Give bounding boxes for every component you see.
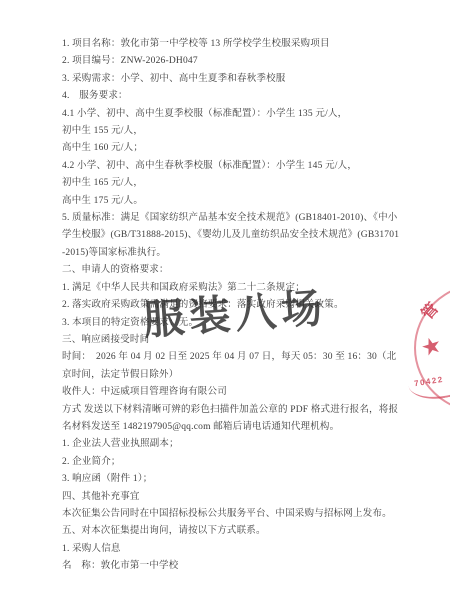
doc-line: 5. 质量标准：满足《国家纺织产品基本安全技术规范》(GB18401-2010)… <box>62 210 402 262</box>
star-icon: ★ <box>418 332 445 360</box>
doc-line: 方式 发送以下材料清晰可辨的彩色扫描件加盖公章的 PDF 格式进行报名，将报名材… <box>62 402 402 437</box>
seal-ring <box>414 283 450 413</box>
doc-line: 3. 采购需求：小学、初中、高中生夏季和春秋季校服 <box>62 71 402 88</box>
doc-line: 时间： 2026 年 04 月 02 日至 2025 年 04 月 07 日，每… <box>62 349 402 384</box>
document-body: 1. 项目名称：敦化市第一中学校等 13 所学校学生校服采购项目 2. 项目编号… <box>62 36 402 576</box>
doc-line: 名 称：敦化市第一中学校 <box>62 558 402 575</box>
doc-line: 1. 企业法人营业执照副本； <box>62 436 402 453</box>
doc-line: 本次征集公告同时在中国招标投标公共服务平台、中国采购与招标网上发布。 <box>62 506 402 523</box>
doc-line: 收件人：中远威项目管理咨询有限公司 <box>62 384 402 401</box>
doc-section-heading: 三、响应函接受时间 <box>62 332 402 349</box>
seal-number: 70422 <box>413 375 444 389</box>
doc-line: 3. 本项目的特定资格要求：无。 <box>62 315 402 332</box>
doc-line: 1. 满足《中华人民共和国政府采购法》第二十二条规定； <box>62 280 402 297</box>
doc-line: 4.1 小学、初中、高中生夏季校服（标准配置）：小学生 135 元/人， <box>62 106 402 123</box>
doc-line: 4. 服务要求： <box>62 88 402 105</box>
doc-section-heading: 四、其他补充事宜 <box>62 489 402 506</box>
seal-arc <box>405 356 450 404</box>
doc-line: 4.2 小学、初中、高中生春秋季校服（标准配置）：小学生 145 元/人， <box>62 158 402 175</box>
doc-line: 3. 响应函（附件 1）； <box>62 471 402 488</box>
doc-section-heading: 二、申请人的资格要求： <box>62 262 402 279</box>
doc-line: 2. 落实政府采购政策需满足的资格要求：落实政府采购相关政策。 <box>62 297 402 314</box>
doc-section-heading: 五、对本次征集提出询问，请按以下方式联系。 <box>62 523 402 540</box>
doc-line: 2. 企业简介； <box>62 454 402 471</box>
doc-line: 2. 项目编号：ZNW-2026-DH047 <box>62 53 402 70</box>
doc-line: 高中生 175 元/人。 <box>62 193 402 210</box>
doc-line: 高中生 160 元/人； <box>62 140 402 157</box>
doc-line: 1. 采购人信息 <box>62 541 402 558</box>
seal-character: 管 <box>415 297 443 324</box>
doc-line: 初中生 165 元/人， <box>62 175 402 192</box>
doc-line: 1. 项目名称：敦化市第一中学校等 13 所学校学生校服采购项目 <box>62 36 402 53</box>
doc-line: 初中生 155 元/人， <box>62 123 402 140</box>
